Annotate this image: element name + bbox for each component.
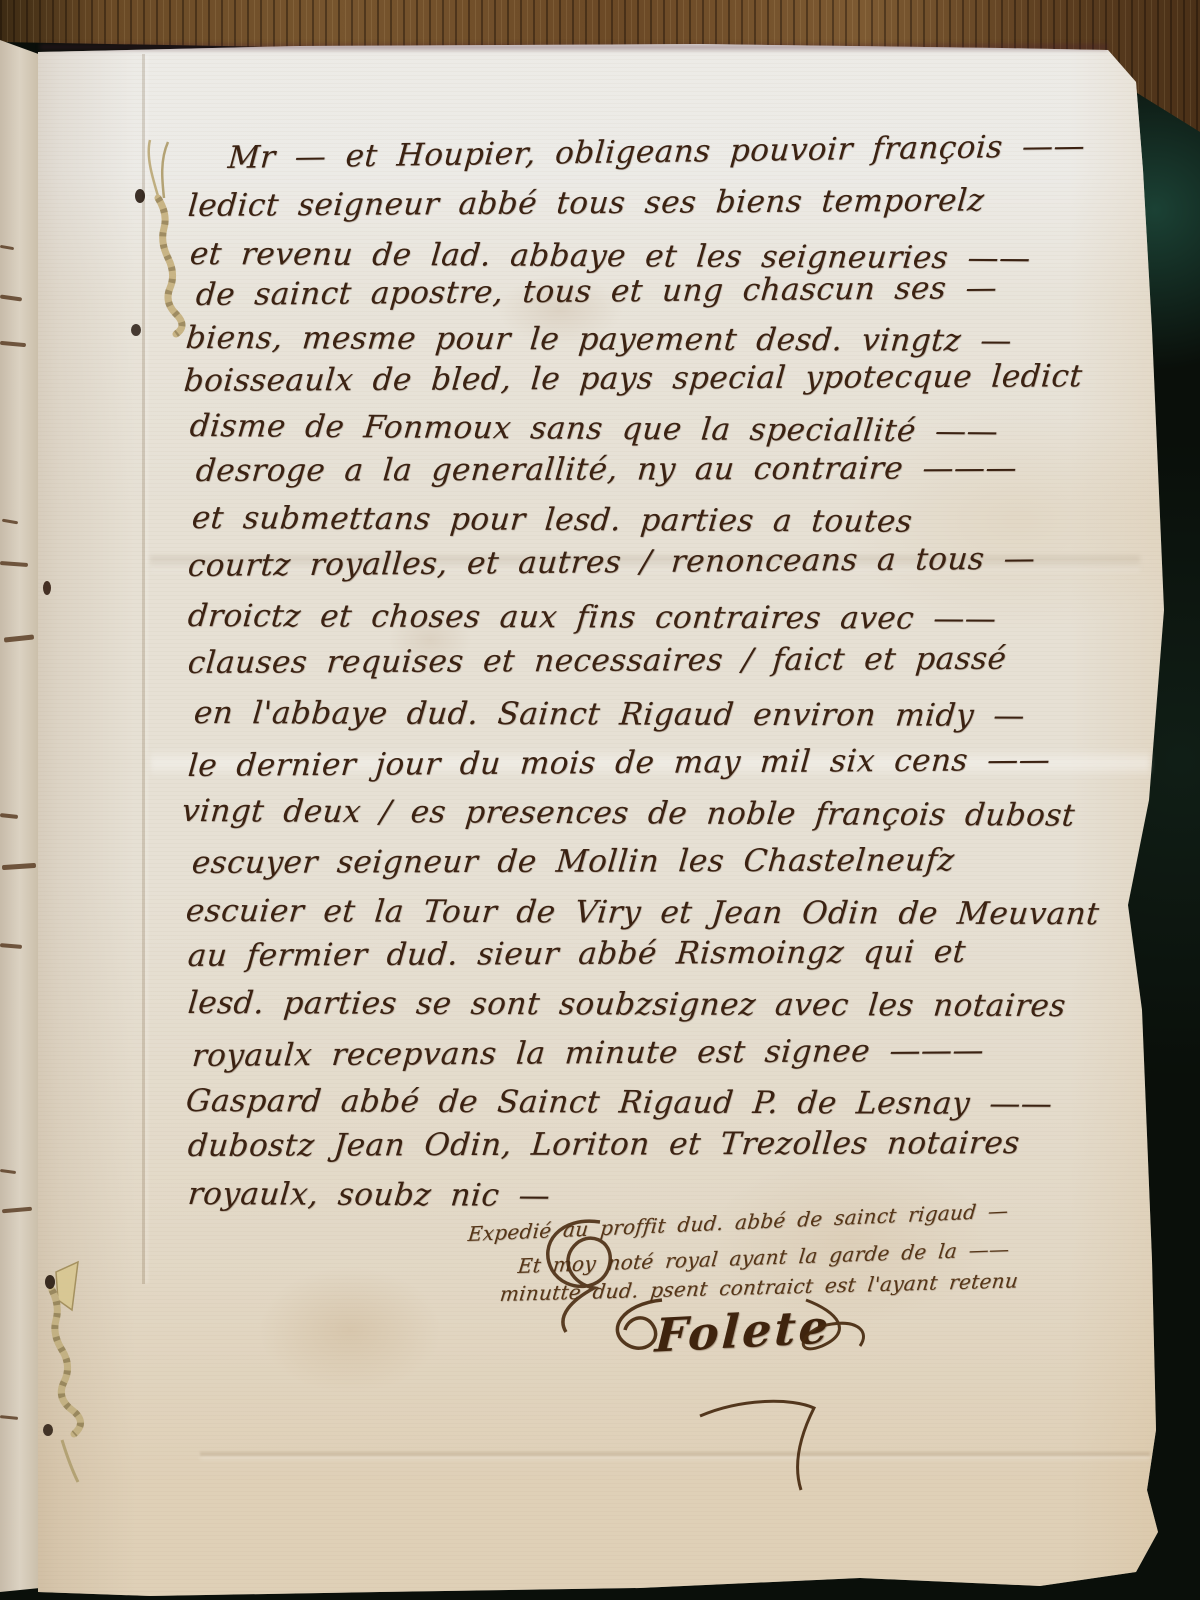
text-line: escuyer seigneur de Mollin les Chastelne… — [190, 842, 956, 881]
text-line: boisseaulx de bled, le pays special ypot… — [183, 358, 1084, 399]
text-line: en l'abbaye dud. Sainct Rigaud environ m… — [192, 695, 1026, 734]
text-line: droictz et choses aux fins contraires av… — [186, 598, 998, 637]
text-line: biens, mesme pour le payement desd. ving… — [184, 320, 1013, 359]
text-line: disme de Fonmoux sans que la speciallité… — [188, 408, 1000, 450]
text-line: Gaspard abbé de Sainct Rigaud P. de Lesn… — [184, 1083, 1054, 1122]
text-line: escuier et la Tour de Viry et Jean Odin … — [184, 893, 1101, 932]
facing-leaf-edge — [0, 40, 44, 1596]
lower-crease — [200, 1452, 1150, 1456]
vertical-fold-crease — [142, 54, 145, 1284]
text-line: clauses requises et necessaires / faict … — [187, 641, 1008, 681]
text-line: vingt deux / es presences de noble franç… — [180, 793, 1076, 834]
text-line: courtz royalles, et autres / renonceans … — [187, 541, 1037, 584]
text-line: ledict seigneur abbé tous ses biens temp… — [187, 182, 986, 224]
text-line: le dernier jour du mois de may mil six c… — [187, 742, 1052, 784]
top-edge-shadow — [40, 44, 1108, 50]
text-line: royaulx recepvans la minute est signee —… — [191, 1032, 986, 1074]
text-line: dubostz Jean Odin, Loriton et Trezolles … — [186, 1125, 1021, 1164]
photograph-of-manuscript: { "document": { "kind": "handwritten man… — [0, 0, 1200, 1600]
text-line: et submettans pour lesd. parties a toute… — [190, 500, 914, 540]
notary-signature: Folete — [654, 1299, 833, 1362]
text-line: lesd. parties se sont soubzsignez avec l… — [186, 985, 1067, 1024]
text-line: au fermier dud. sieur abbé Rismoingz qui… — [187, 934, 968, 974]
text-line: desroge a la generallité, ny au contrair… — [194, 450, 1018, 489]
text-line: royaulx, soubz nic — — [186, 1176, 552, 1214]
text-line: de sainct apostre, tous et ung chascun s… — [195, 270, 999, 313]
